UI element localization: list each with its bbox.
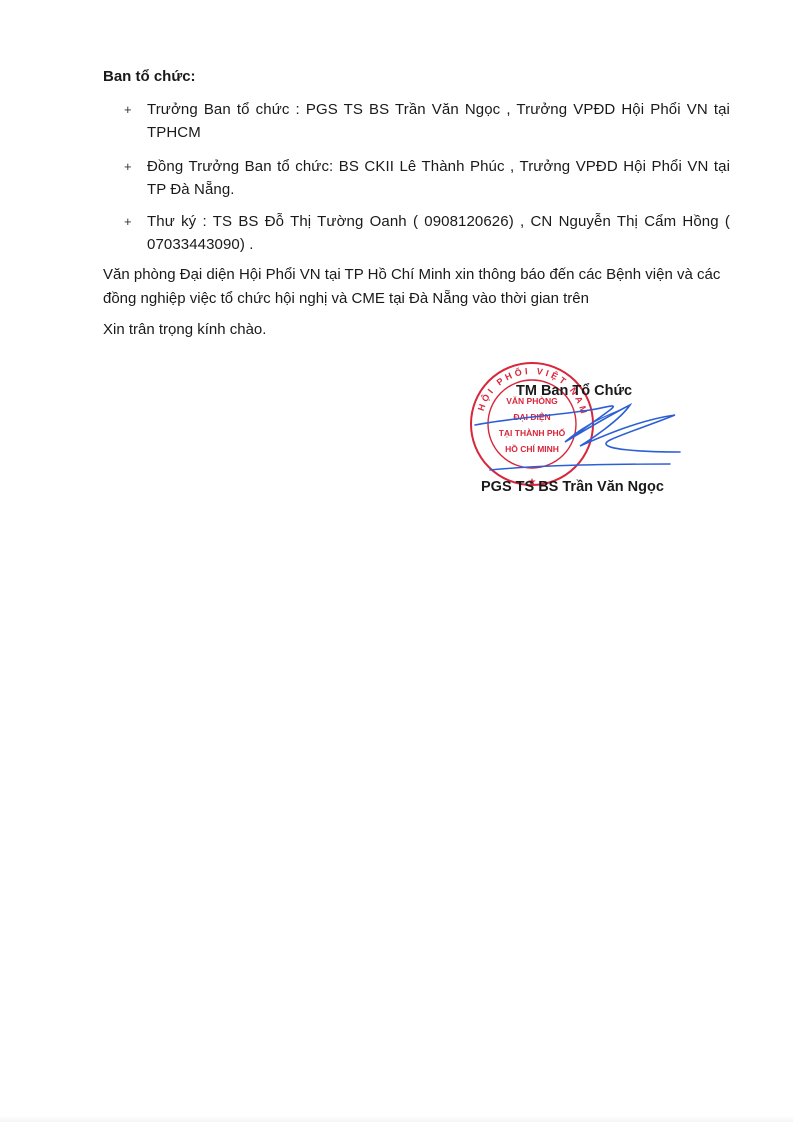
signatory-name: PGS TS BS Trần Văn Ngọc	[481, 479, 664, 495]
organizing-committee-heading: Ban tổ chức:	[103, 68, 196, 85]
list-item-text: Thư ký : TS BS Đỗ Thị Tường Oanh ( 09081…	[147, 210, 730, 256]
notice-paragraph: Văn phòng Đại diện Hội Phổi VN tại TP Hồ…	[103, 263, 743, 311]
list-item-text: Đồng Trưởng Ban tổ chức: BS CKII Lê Thàn…	[147, 155, 730, 201]
on-behalf-label: TM Ban Tổ Chức	[516, 383, 632, 399]
list-item-text: Trưởng Ban tổ chức : PGS TS BS Trần Văn …	[147, 98, 730, 144]
closing-line: Xin trân trọng kính chào.	[103, 318, 743, 342]
list-item: + Đồng Trưởng Ban tổ chức: BS CKII Lê Th…	[124, 155, 730, 201]
list-item: + Thư ký : TS BS Đỗ Thị Tường Oanh ( 090…	[124, 210, 730, 256]
plus-bullet-icon: +	[124, 210, 132, 233]
scan-edge	[0, 1116, 793, 1122]
plus-bullet-icon: +	[124, 98, 132, 121]
list-item: + Trưởng Ban tổ chức : PGS TS BS Trần Vă…	[124, 98, 730, 144]
plus-bullet-icon: +	[124, 155, 132, 178]
